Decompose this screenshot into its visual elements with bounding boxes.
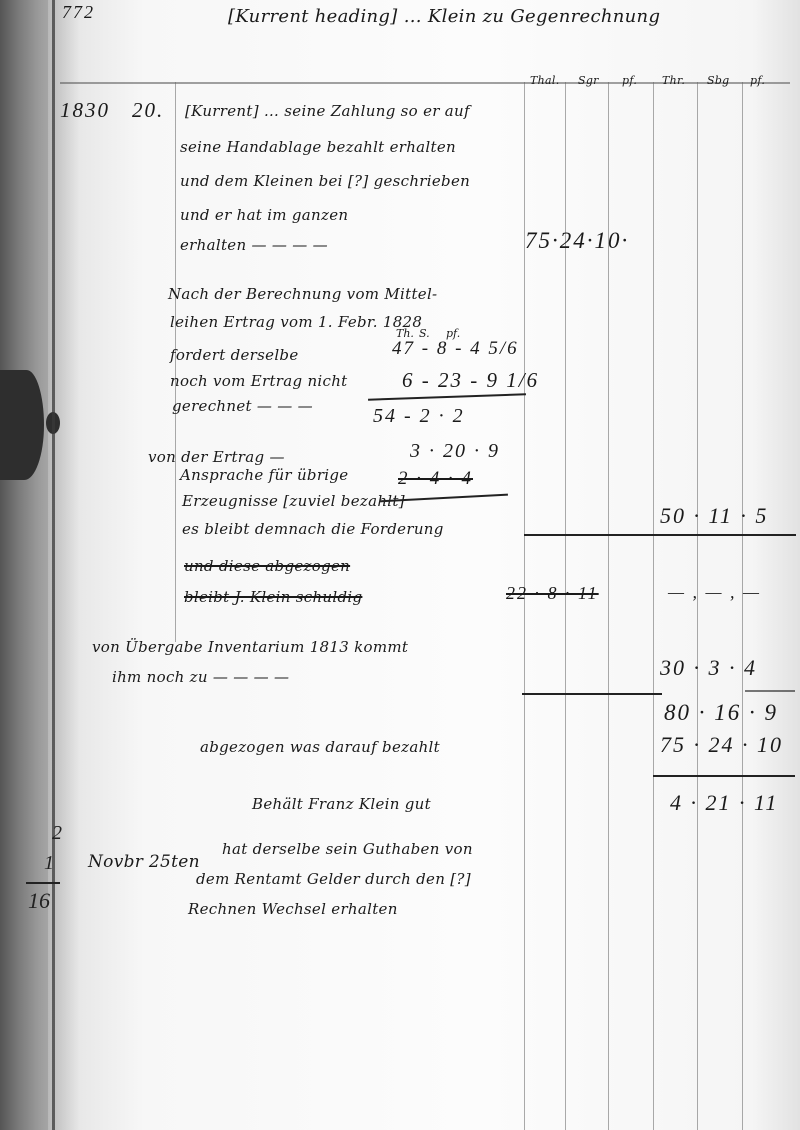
column-rule: [653, 82, 654, 1130]
ledger-page: 772 [Kurrent heading] … Klein zu Gegenre…: [0, 0, 800, 1130]
struck-calc: 2 · 4 · 4: [398, 468, 473, 490]
calc-line: 6 - 23 - 9 1/6: [402, 368, 539, 393]
entry-text-struck: bleibt J. Klein schuldig: [184, 588, 362, 606]
page-number: 772: [62, 2, 95, 23]
entry-text: [Kurrent] … seine Zahlung so er auf: [185, 102, 470, 120]
column-header: pf.: [622, 74, 637, 87]
entry-text: leihen Ertrag vom 1. Febr. 1828: [170, 313, 422, 331]
entry-year: 1830: [60, 98, 110, 123]
deduction-amount: 75 · 24 · 10: [660, 732, 783, 758]
margin-number: 2: [52, 822, 62, 845]
entry-day: 20.: [132, 98, 164, 123]
total-rule: [745, 690, 795, 692]
calc-line: 47 - 8 - 4 5/6: [392, 338, 519, 360]
entry-text-struck: und diese abgezogen: [184, 557, 350, 575]
entry-text: es bleibt demnach die Forderung: [182, 520, 444, 538]
dash-placeholder: — , — , —: [668, 582, 761, 603]
column-rule: [742, 82, 743, 1130]
entry-amount: 75·24·10·: [525, 228, 629, 254]
balance-amount: 4 · 21 · 11: [670, 790, 778, 816]
entry-amount: 30 · 3 · 4: [660, 655, 757, 681]
column-header: Sbg: [707, 74, 730, 87]
sum-rule: [368, 393, 526, 401]
entry-text: noch vom Ertrag nicht: [170, 372, 348, 390]
ink-stain: [0, 370, 44, 480]
entry-text: fordert derselbe: [170, 346, 299, 364]
entry-text: Nach der Berechnung vom Mittel-: [168, 285, 437, 303]
entry-text: gerechnet — — —: [172, 397, 313, 415]
entry-amount: 50 · 11 · 5: [660, 503, 768, 529]
subtotal-amount: 80 · 16 · 9: [664, 700, 778, 726]
total-rule: [524, 534, 796, 536]
column-header: Thal.: [530, 74, 560, 87]
total-rule: [522, 693, 662, 695]
binding-line: [52, 0, 55, 1130]
column-rule: [697, 82, 698, 1130]
column-header: Thr.: [662, 74, 685, 87]
note-date: Novbr 25ten: [88, 852, 200, 872]
fraction-rule: [26, 882, 60, 884]
total-rule: [653, 775, 795, 777]
struck-amount: 22 · 8 · 11: [506, 583, 599, 604]
book-spine: [0, 0, 48, 1130]
deduction-label: abgezogen was darauf bezahlt: [200, 738, 440, 756]
entry-text: Ansprache für übrige: [180, 466, 348, 484]
note-text: hat derselbe sein Guthaben von: [222, 840, 473, 858]
entry-text: Erzeugnisse [zuviel bezahlt]: [182, 492, 405, 510]
note-text: dem Rentamt Gelder durch den [?]: [196, 870, 471, 888]
entry-text: ihm noch zu — — — —: [112, 668, 289, 686]
balance-label: Behält Franz Klein gut: [252, 795, 431, 813]
entry-text: von Übergabe Inventarium 1813 kommt: [92, 638, 408, 656]
entry-text: von der Ertrag —: [148, 448, 285, 466]
calc-line: 3 · 20 · 9: [410, 440, 500, 463]
column-header: Sgr: [578, 74, 599, 87]
entry-text: seine Handablage bezahlt erhalten: [180, 138, 456, 156]
margin-number: 16: [28, 888, 50, 914]
entry-text: und dem Kleinen bei [?] geschrieben: [180, 172, 470, 190]
note-text: Rechnen Wechsel erhalten: [188, 900, 398, 918]
margin-number: 1: [44, 852, 54, 875]
column-header: pf.: [750, 74, 765, 87]
entry-text: und er hat im ganzen: [180, 206, 348, 224]
entry-text: erhalten — — — —: [180, 236, 328, 254]
calc-sum: 54 - 2 · 2: [373, 405, 465, 428]
page-title: [Kurrent heading] … Klein zu Gegenrechnu…: [228, 6, 660, 27]
